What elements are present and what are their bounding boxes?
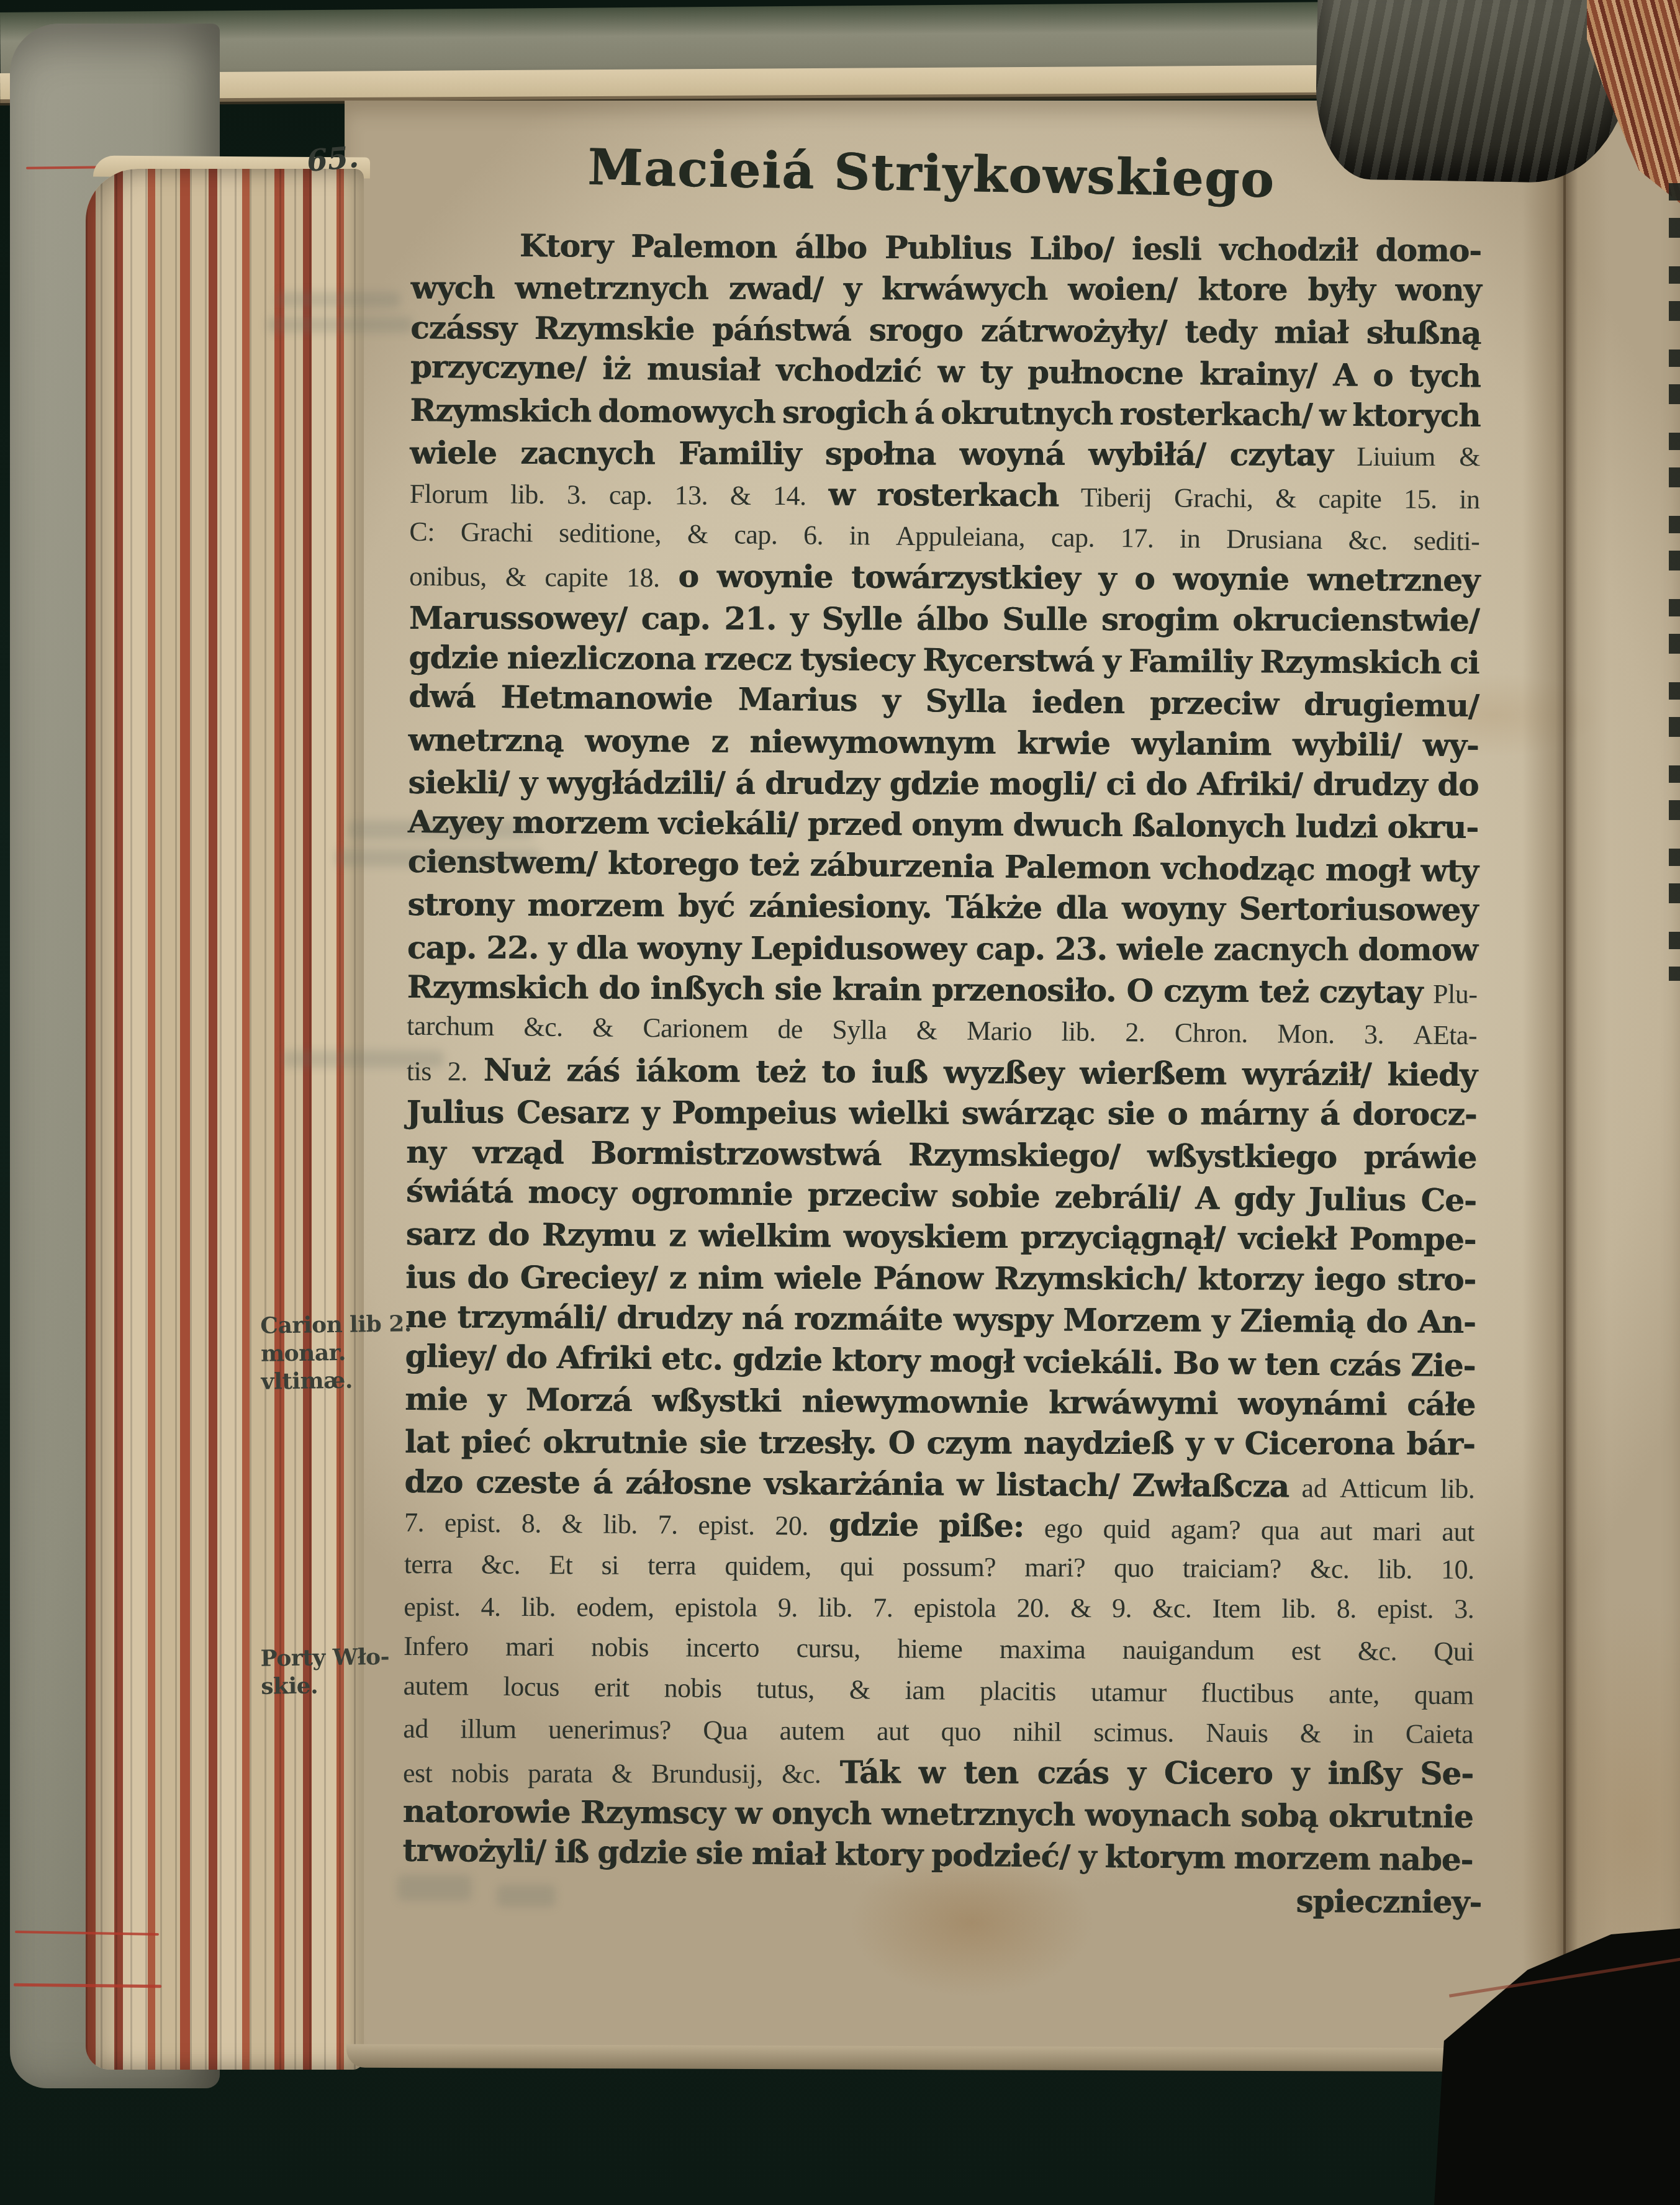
blackletter-word: woyny (1122, 888, 1225, 929)
blackletter-word: ktore (1198, 269, 1287, 311)
latin-word: lib. (603, 1504, 638, 1546)
blackletter-word: y (488, 1379, 505, 1421)
blackletter-word: stro- (1397, 1259, 1476, 1301)
blackletter-word: Marius (738, 679, 857, 721)
blackletter-word: słußną (1366, 312, 1481, 354)
latin-word: illum (460, 1709, 517, 1751)
blackletter-word: lat (405, 1422, 449, 1463)
body-line: czássyRzymskiepáństwásrogozátrwożyły/ted… (410, 307, 1481, 354)
body-line: cienstwem/ktoregoteżzáburzeniaPalemonvch… (407, 841, 1478, 892)
blackletter-word: niewymownym (749, 721, 995, 764)
blackletter-word: o (1134, 558, 1155, 600)
blackletter-word: okru- (1387, 807, 1478, 849)
body-line: Inferomarinobisincertocursu,hiememaximan… (404, 1626, 1474, 1672)
blackletter-word: iego (1314, 1259, 1385, 1301)
body-line: onibus,&capite18.owoynietowárzystkieyyow… (409, 554, 1479, 601)
blackletter-word: domowych (598, 390, 775, 433)
latin-word: quo (1114, 1547, 1154, 1589)
latin-word: 20. (1016, 1588, 1050, 1630)
latin-word: & (1070, 1588, 1091, 1629)
body-line: gliey/doAfrikietc.gdziektorymogłvciekáli… (405, 1335, 1476, 1386)
latin-word: Mon. (1277, 1014, 1335, 1055)
blackletter-word: iż (602, 348, 631, 390)
blackletter-word: do (505, 1337, 547, 1378)
latin-word: & (687, 513, 708, 555)
blackletter-word: y (1078, 1836, 1096, 1878)
latin-word: parata (528, 1754, 593, 1795)
latin-word: &c. (1152, 1588, 1191, 1630)
blackletter-word: sie (695, 1833, 743, 1874)
latin-word: ego (1044, 1508, 1083, 1549)
latin-word: & (505, 557, 526, 598)
latin-word: qui (840, 1546, 874, 1587)
body-line: estnobisparata&Brundusij,&c.Tákwtenczásy… (403, 1751, 1473, 1795)
blackletter-word: wyspy (953, 1299, 1052, 1341)
blackletter-word: iß (554, 1831, 589, 1873)
blackletter-word: do (598, 968, 640, 1009)
blackletter-word: sie (699, 1422, 746, 1464)
body-line: terra&c.Etsiterraquidem,quipossum?mari?q… (404, 1543, 1475, 1590)
body-line: 7.epist.8.&lib.7.epist.20.gdziepiße:egoq… (404, 1500, 1475, 1551)
latin-word: 6. (803, 515, 824, 556)
blackletter-word: czássy (410, 307, 517, 349)
latin-word: possum? (903, 1546, 996, 1588)
facing-page-text-fragments (1669, 183, 1680, 981)
latin-word: 13. (674, 476, 708, 517)
blackletter-word: Se- (1420, 1754, 1473, 1795)
latin-word: & (730, 476, 751, 517)
blackletter-word: á (914, 392, 934, 434)
blackletter-word: srogich (782, 392, 908, 433)
latin-word: scimus. (1093, 1712, 1174, 1754)
blackletter-word: naydzieß (1023, 1423, 1173, 1464)
blackletter-word: vchodził (1219, 229, 1358, 271)
latin-word: 8. (1337, 1589, 1357, 1630)
body-text: KtoryPalemonálboPubliusLibo/ieslivchodzi… (402, 225, 1481, 1879)
blackletter-word: srogim (1101, 599, 1219, 641)
blackletter-word: y (548, 927, 566, 968)
blackletter-word: vskarżánia (764, 1463, 944, 1505)
blackletter-word: wybili/ (1293, 724, 1402, 765)
blackletter-word: á (735, 763, 755, 804)
blackletter-word: y (1103, 641, 1120, 682)
blackletter-word: wony (1396, 269, 1481, 311)
blackletter-word: Marussowey/ (409, 597, 627, 639)
body-line: Marussowey/cap.21.ySylleálboSullesrogimo… (409, 597, 1479, 641)
blackletter-word: woynach (1085, 1795, 1230, 1837)
latin-word: terra (404, 1543, 453, 1585)
blackletter-word: mogł (929, 1340, 1014, 1382)
blackletter-word: y (844, 269, 861, 310)
blackletter-word: wygłádzili/ (547, 762, 725, 804)
latin-word: incerto (685, 1628, 759, 1669)
latin-word: utamur (1091, 1671, 1167, 1713)
blackletter-word: Julius (1308, 1179, 1406, 1221)
latin-word: & (916, 1011, 937, 1052)
blackletter-word: y (882, 680, 900, 722)
blackletter-word: srogo (869, 310, 963, 351)
latin-word: epist. (1377, 1589, 1434, 1630)
blackletter-word: ogromnie (631, 1173, 793, 1215)
latin-word: 10. (1441, 1549, 1475, 1590)
blackletter-word: wiele (775, 1258, 862, 1299)
latin-word: Sylla (832, 1009, 887, 1051)
latin-word: maxima (1000, 1629, 1086, 1671)
latin-word: quam (1414, 1674, 1474, 1716)
body-line: tarchum&c.&CarionemdeSylla&Mariolib.2.Ch… (407, 1006, 1478, 1057)
blackletter-word: Ktory (520, 225, 613, 267)
latin-word: Qui (1434, 1631, 1474, 1673)
blackletter-word: Ziemią (1240, 1301, 1355, 1342)
blackletter-word: ktorym (1104, 1836, 1225, 1878)
blackletter-word: zátrwożyły/ (980, 310, 1167, 353)
blackletter-word: dwuch (1013, 805, 1122, 847)
blackletter-word: dla (576, 927, 627, 969)
latin-word: fluctibus (1201, 1672, 1294, 1715)
latin-word: quidem, (725, 1545, 811, 1587)
blackletter-word: cáłe (1407, 1384, 1475, 1425)
blackletter-word: musiał (646, 348, 760, 390)
margin-note-line: skie. (261, 1671, 417, 1700)
blackletter-word: Bo (1173, 1342, 1219, 1384)
blackletter-word: w (957, 1464, 983, 1505)
latin-word: Et (549, 1544, 572, 1586)
latin-word: eodem, (576, 1587, 654, 1628)
blackletter-word: 22. (486, 927, 538, 969)
latin-word: AEta- (1413, 1015, 1477, 1057)
blackletter-word: álbo (795, 227, 867, 268)
body-line: świátámocyogromnieprzeciwsobiezebráli/Ag… (406, 1171, 1477, 1222)
blackletter-word: sarz (405, 1214, 475, 1255)
latin-word: cap. (1051, 517, 1095, 559)
body-line: wnetrznąwoynezniewymownymkrwiewylanimwyb… (408, 719, 1478, 766)
blackletter-word: gdy (1234, 1178, 1294, 1220)
latin-word: epist. (698, 1505, 755, 1546)
blackletter-word: y (1291, 1753, 1309, 1794)
latin-word: in (1459, 479, 1480, 521)
blackletter-word: onych (771, 1793, 871, 1834)
blackletter-word: záłosne (625, 1463, 751, 1504)
body-line: Rzymskichdomowychsrogicháokrutnychroster… (410, 390, 1480, 436)
blackletter-word: trzymáli/ (457, 1297, 606, 1339)
blackletter-word: Rzymskich (407, 967, 588, 1009)
blackletter-word: miał (1274, 312, 1348, 353)
latin-word: &c. (1358, 1631, 1398, 1672)
blackletter-word: vchodzić (776, 349, 922, 392)
margin-note-porty-wloskie: Porty Wło-skie. (260, 1643, 416, 1700)
blackletter-word: to (821, 1051, 856, 1093)
latin-word: Qua (703, 1710, 747, 1752)
blackletter-word: mogł (1325, 849, 1410, 891)
blackletter-word: rosterkach/ (1119, 394, 1312, 436)
blackletter-word: wielki (849, 1093, 949, 1134)
body-line: Azyeymorzemvciekáli/przedonymdwuchßalony… (408, 801, 1478, 848)
latin-word: & (1300, 1713, 1321, 1755)
latin-word: 8. (522, 1503, 542, 1544)
latin-word: mari (505, 1626, 554, 1668)
blackletter-word: Tákże (946, 887, 1042, 929)
blackletter-word: ktorego (607, 842, 738, 885)
latin-word: 7. (873, 1587, 893, 1628)
latin-word: aut (877, 1711, 910, 1752)
body-line: epist.4.lib.eodem,epistola9.lib.7.episto… (404, 1587, 1474, 1630)
blackletter-word: w (918, 1752, 944, 1793)
blackletter-word: krwáwymi (1049, 1382, 1218, 1424)
blackletter-word: á (1320, 1094, 1340, 1135)
blackletter-word: świátá (406, 1171, 513, 1213)
body-line: trwożyli/ißgdziesiemiałktorypodzieć/ykto… (402, 1830, 1473, 1881)
blackletter-word: Ták (840, 1752, 900, 1794)
latin-word: epist. (404, 1587, 460, 1628)
body-line: wielezacnychFamiliyspołnawoynáwybiłá/czy… (410, 433, 1480, 476)
latin-word: de (777, 1009, 803, 1051)
blackletter-word: cienstwem/ (407, 841, 597, 884)
blackletter-word: wyráził/ (1242, 1053, 1371, 1095)
blackletter-word: wych (410, 268, 494, 309)
red-speckled-page-edges (86, 169, 364, 2070)
blackletter-word: sobą (1240, 1795, 1318, 1837)
body-line: sarzdoRzymuzwielkimwoyskiemprzyciągnął/v… (405, 1214, 1476, 1260)
latin-word: lib. (510, 474, 545, 516)
latin-word: 9. (1112, 1588, 1132, 1629)
blackletter-word: ktorzy (1198, 1258, 1303, 1300)
latin-word: capite (1318, 479, 1381, 520)
latin-word: 15. (1404, 479, 1437, 521)
body-line: przyczyne/iżmusiałvchodzićwtypułnocnekra… (410, 346, 1481, 397)
blackletter-word: gdzie (829, 1504, 919, 1546)
latin-word: nobis (451, 1753, 509, 1795)
blackletter-word: Rzymskiego/ (908, 1134, 1120, 1176)
latin-word: nihil (1013, 1711, 1062, 1753)
blackletter-word: w (735, 1793, 761, 1834)
blackletter-word: Palemon (1004, 846, 1150, 889)
latin-word: ad (1302, 1468, 1327, 1509)
latin-word: aut (1442, 1512, 1475, 1553)
latin-word: erit (594, 1667, 630, 1708)
blackletter-word: vrząd (472, 1132, 564, 1173)
blackletter-word: przeciw (807, 1175, 936, 1217)
blackletter-word: páństwá (712, 309, 851, 351)
latin-word: quid (1103, 1508, 1150, 1550)
blackletter-word: Sertoriusowey (1239, 888, 1478, 931)
latin-word: uenerimus? (548, 1709, 671, 1751)
latin-word: ante, (1329, 1674, 1380, 1715)
latin-word: traiciam? (1183, 1548, 1282, 1589)
blackletter-word: podzieć/ (931, 1835, 1070, 1877)
latin-word: lib. (1281, 1589, 1316, 1630)
blackletter-word: wty (1420, 850, 1478, 891)
blackletter-word: ná (741, 1298, 783, 1340)
blackletter-word: z (669, 1257, 687, 1298)
blackletter-word: woyná (959, 434, 1064, 476)
blackletter-word: natorowie (402, 1791, 570, 1833)
latin-word: 9. (778, 1587, 798, 1628)
latin-word: sediti- (1413, 520, 1479, 562)
blackletter-word: y (520, 762, 537, 803)
blackletter-word: siekli/ (408, 762, 509, 804)
latin-word: Item (1212, 1588, 1261, 1630)
blackletter-word: strony (407, 884, 513, 926)
latin-word: Caieta (1406, 1713, 1474, 1755)
blackletter-word: O (888, 1423, 915, 1464)
blackletter-word: wnetrznych (515, 268, 708, 309)
blackletter-word: Bormistrzowstwá (590, 1132, 881, 1175)
blackletter-word: zebráli/ (1054, 1176, 1180, 1219)
latin-word: &c. (1348, 520, 1388, 561)
gutter-crease (1522, 102, 1609, 2052)
blackletter-word: záś (566, 1050, 620, 1091)
blackletter-word: niewymownie (802, 1381, 1028, 1423)
latin-word: quo (941, 1711, 982, 1753)
blackletter-word: Zwłaßcza (1132, 1465, 1289, 1507)
blackletter-word: Pompe- (1349, 1219, 1476, 1260)
blackletter-word: gdzie (597, 1832, 687, 1874)
blackletter-word: tedy (1185, 311, 1256, 353)
latin-word: est (403, 1753, 433, 1795)
latin-word: 20. (775, 1505, 808, 1547)
latin-word: hieme (897, 1628, 962, 1670)
blackletter-word: Libo/ (1029, 228, 1114, 269)
blackletter-word: mocy (528, 1171, 616, 1214)
latin-word: Plu- (1433, 974, 1478, 1016)
page-bottom-edge (346, 2044, 1496, 2072)
latin-word: epistola (675, 1587, 757, 1628)
latin-word: cap. (609, 475, 653, 516)
blackletter-word: były (1307, 269, 1375, 311)
blackletter-word: ty (980, 351, 1011, 393)
latin-word: lib. (1378, 1549, 1412, 1590)
body-line: autemlocuseritnobistutus,&iamplacitisuta… (403, 1665, 1474, 1716)
blackletter-word: Ce- (1420, 1179, 1476, 1221)
blackletter-word: Sylla (925, 681, 1006, 723)
blackletter-word: Familiy (1129, 641, 1251, 682)
blackletter-word: Sylle (821, 598, 902, 640)
blackletter-word: vciekł (1238, 1218, 1337, 1260)
blackletter-word: w (937, 351, 964, 393)
body-line: wychwnetrznychzwad/ykrwáwychwoien/ktoreb… (410, 268, 1481, 311)
blackletter-word: y (1127, 1753, 1145, 1794)
latin-word: cursu, (796, 1628, 860, 1670)
blackletter-word: gdzie (409, 637, 498, 679)
body-line: netrzymáli/drudzynározmáitewyspyMorzemyZ… (405, 1296, 1476, 1343)
latin-word: terra (648, 1545, 696, 1587)
blackletter-word: piße: (939, 1505, 1024, 1548)
blackletter-word: domow (1358, 929, 1478, 971)
blackletter-word: o (1167, 1093, 1187, 1134)
blackletter-word: trwożyli/ (402, 1830, 546, 1872)
latin-word: epist. (445, 1502, 502, 1544)
body-line: KtoryPalemonálboPubliusLibo/ieslivchodzi… (411, 225, 1481, 271)
blackletter-word: práwie (1363, 1137, 1476, 1178)
blackletter-word: 23. (1055, 929, 1107, 970)
latin-word: autem (779, 1710, 844, 1752)
blackletter-word: przed (807, 804, 901, 845)
blackletter-word: pieć (461, 1422, 530, 1463)
blackletter-word: kiedy (1387, 1054, 1477, 1096)
body-line: JuliusCesarzyPompeiuswielkiswárzącsieomá… (406, 1092, 1476, 1135)
blackletter-word: A (1195, 1178, 1219, 1219)
latin-word: & (849, 1669, 870, 1711)
blackletter-word: An- (1418, 1302, 1476, 1343)
latin-word: Chron. (1175, 1012, 1249, 1054)
blackletter-word: z (711, 721, 728, 762)
blackletter-word: gdzie (890, 763, 979, 805)
latin-word: Florum (410, 474, 489, 515)
latin-word: locus (503, 1666, 559, 1708)
blackletter-word: czytay (1319, 972, 1423, 1013)
blackletter-word: wnetrzney (1307, 559, 1480, 602)
blackletter-word: Afriki (556, 1337, 651, 1379)
blackletter-word: wiele (1117, 929, 1204, 970)
blackletter-word: Zie- (1411, 1345, 1476, 1386)
body-line: cap.22.ydlawoynyLepidusoweycap.23.wielez… (407, 927, 1478, 970)
latin-word: Tiberij (1081, 477, 1152, 519)
latin-word: &c. (481, 1544, 521, 1585)
blackletter-word: woyne (585, 720, 690, 762)
latin-word: & (561, 1504, 582, 1545)
blackletter-word: Publius (885, 227, 1012, 269)
latin-word: 3. (1364, 1014, 1384, 1056)
blackletter-word: Lepidusowey (751, 927, 966, 969)
latin-word: 3. (1454, 1589, 1474, 1630)
latin-word: 3. (567, 475, 587, 516)
latin-word: capite (544, 557, 608, 598)
blackletter-word: y (1211, 1301, 1229, 1342)
blackletter-word: inßy (1327, 1753, 1401, 1795)
blackletter-word: morzem (1234, 1837, 1370, 1880)
blackletter-word: drugiemu/ (1304, 684, 1479, 727)
latin-word: lib. (1440, 1468, 1475, 1510)
blackletter-word: Rzymu (542, 1215, 656, 1256)
blackletter-word: Rzymskich (410, 390, 591, 432)
latin-word: Atticum (1340, 1468, 1427, 1510)
blackletter-word: dwá (409, 676, 476, 718)
blackletter-word: drudzy (616, 1297, 731, 1339)
blackletter-word: Rzymskich (1260, 641, 1441, 683)
blackletter-word: inßych (650, 968, 764, 1009)
blackletter-word: drudzy (765, 763, 879, 805)
blackletter-word: mogli/ (989, 764, 1096, 805)
latin-word: lib. (818, 1587, 853, 1629)
latin-word: ad (403, 1708, 428, 1750)
blackletter-word: czym (1163, 970, 1249, 1012)
blackletter-word: Cesarz (517, 1092, 629, 1134)
latin-word: 4. (481, 1587, 501, 1628)
blackletter-word: O (1126, 970, 1153, 1012)
blackletter-word: márny (1200, 1094, 1307, 1135)
blackletter-word: być (678, 886, 735, 927)
body-line: gdzieniezliczonarzecztysiecyRycerstwáyFa… (409, 637, 1479, 683)
latin-word: Drusiana (1226, 518, 1322, 561)
blackletter-word: do (467, 1257, 508, 1299)
blackletter-word: do (1366, 1301, 1407, 1343)
blackletter-word: wierßem (1080, 1052, 1226, 1094)
blackletter-word: Julius (406, 1092, 504, 1134)
blackletter-word: o (1373, 355, 1393, 397)
blackletter-word: iesli (1132, 228, 1201, 270)
blackletter-word: przyczyne/ (410, 346, 587, 389)
blackletter-word: Pánow (873, 1258, 983, 1299)
blackletter-word: wnetrznych (882, 1793, 1075, 1836)
blackletter-word: czym (926, 1423, 1011, 1464)
blackletter-word: nabe- (1379, 1839, 1473, 1881)
latin-word: tarchum (407, 1006, 494, 1048)
latin-word: nobis (664, 1667, 721, 1709)
blackletter-word: wyzßey (944, 1052, 1064, 1093)
blackletter-word: y (790, 598, 808, 639)
blackletter-word: sobie (951, 1176, 1040, 1218)
blackletter-word: dzo (404, 1461, 463, 1503)
